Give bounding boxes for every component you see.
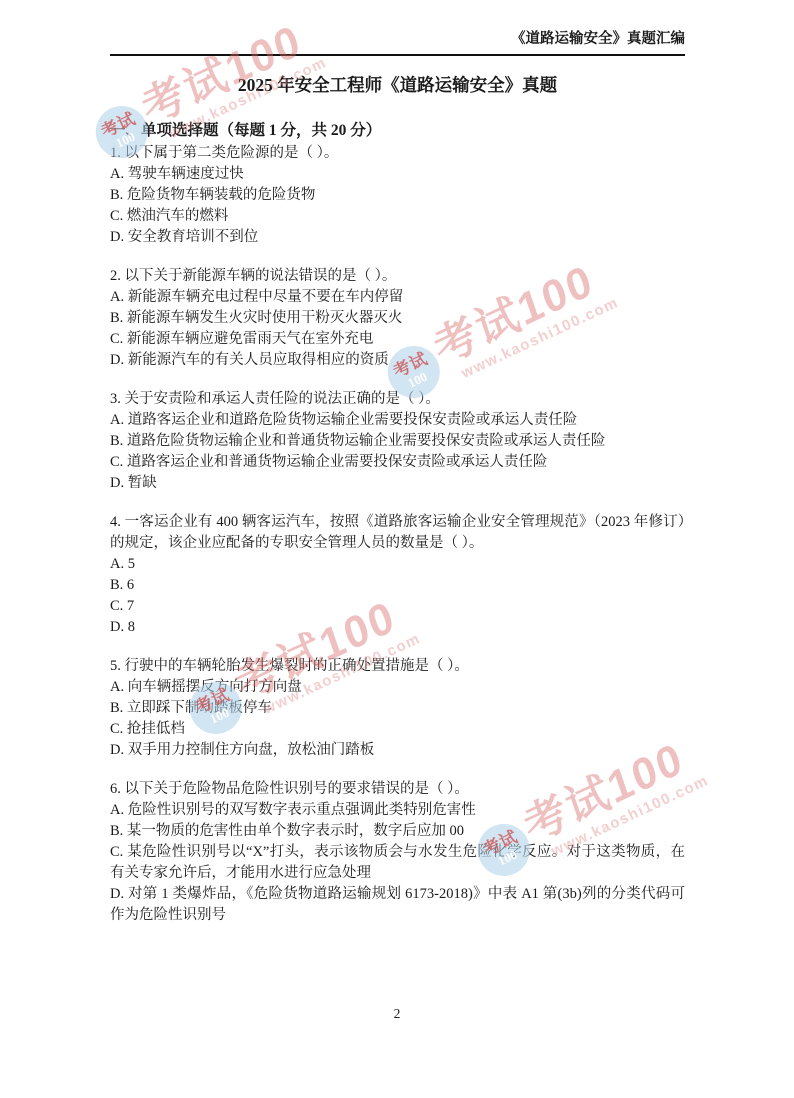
question-block-4: 4. 一客运企业有 400 辆客运汽车，按照《道路旅客运输企业安全管理规范》（2… bbox=[110, 512, 685, 638]
question-stem: 4. 一客运企业有 400 辆客运汽车，按照《道路旅客运输企业安全管理规范》（2… bbox=[110, 512, 685, 554]
question-block-3: 3. 关于安责险和承运人责任险的说法正确的是（ ）。 A. 道路客运企业和道路危… bbox=[110, 389, 685, 494]
option-b: B. 某一物质的危害性由单个数字表示时，数字后应加 00 bbox=[110, 821, 685, 842]
option-c: C. 道路客运企业和普通货物运输企业需要投保安责险或承运人责任险 bbox=[110, 452, 685, 473]
option-a: A. 新能源车辆充电过程中尽量不要在车内停留 bbox=[110, 287, 685, 308]
option-d: D. 新能源汽车的有关人员应取得相应的资质 bbox=[110, 350, 685, 371]
question-stem: 6. 以下关于危险物品危险性识别号的要求错误的是（ ）。 bbox=[110, 779, 685, 800]
question-block-2: 2. 以下关于新能源车辆的说法错误的是（ ）。 A. 新能源车辆充电过程中尽量不… bbox=[110, 266, 685, 371]
option-a: A. 危险性识别号的双写数字表示重点强调此类特别危害性 bbox=[110, 800, 685, 821]
option-c: C. 新能源车辆应避免雷雨天气在室外充电 bbox=[110, 329, 685, 350]
option-a: A. 道路客运企业和道路危险货物运输企业需要投保安责险或承运人责任险 bbox=[110, 410, 685, 431]
option-c: C. 某危险性识别号以“X”打头，表示该物质会与水发生危险化学反应。对于这类物质… bbox=[110, 842, 685, 884]
option-b: B. 新能源车辆发生火灾时使用干粉灭火器灭火 bbox=[110, 308, 685, 329]
question-stem: 2. 以下关于新能源车辆的说法错误的是（ ）。 bbox=[110, 266, 685, 287]
option-c: C. 7 bbox=[110, 596, 685, 617]
option-d: D. 对第 1 类爆炸品，《危险货物道路运输规划 6173-2018)》中表 A… bbox=[110, 884, 685, 926]
document-title: 2025 年安全工程师《道路运输安全》真题 bbox=[110, 74, 685, 96]
question-stem: 3. 关于安责险和承运人责任险的说法正确的是（ ）。 bbox=[110, 389, 685, 410]
option-c: C. 燃油汽车的燃料 bbox=[110, 206, 685, 227]
option-d: D. 8 bbox=[110, 617, 685, 638]
section-heading: 一、单项选择题（每题 1 分，共 20 分） bbox=[110, 120, 685, 141]
option-b: B. 6 bbox=[110, 575, 685, 596]
page-number: 2 bbox=[0, 1006, 794, 1022]
document-page: 考试 100 考试100 www.kaoshi100.com 考试 100 考试… bbox=[0, 0, 794, 1098]
header-title: 《道路运输安全》真题汇编 bbox=[110, 30, 685, 56]
option-b: B. 立即踩下制动踏板停车 bbox=[110, 698, 685, 719]
watermark-badge-number: 100 bbox=[406, 370, 429, 390]
option-c: C. 抢挂低档 bbox=[110, 719, 685, 740]
question-stem: 1. 以下属于第二类危险源的是（ ）。 bbox=[110, 143, 685, 164]
option-a: A. 5 bbox=[110, 554, 685, 575]
option-b: B. 道路危险货物运输企业和普通货物运输企业需要投保安责险或承运人责任险 bbox=[110, 431, 685, 452]
question-block-1: 1. 以下属于第二类危险源的是（ ）。 A. 驾驶车辆速度过快 B. 危险货物车… bbox=[110, 143, 685, 248]
option-b: B. 危险货物车辆装载的危险货物 bbox=[110, 185, 685, 206]
option-d: D. 安全教育培训不到位 bbox=[110, 227, 685, 248]
question-block-6: 6. 以下关于危险物品危险性识别号的要求错误的是（ ）。 A. 危险性识别号的双… bbox=[110, 779, 685, 926]
option-d: D. 双手用力控制住方向盘，放松油门踏板 bbox=[110, 740, 685, 761]
option-a: A. 向车辆摇摆反方向打方向盘 bbox=[110, 677, 685, 698]
option-d: D. 暂缺 bbox=[110, 473, 685, 494]
question-stem: 5. 行驶中的车辆轮胎发生爆裂时的正确处置措施是（ ）。 bbox=[110, 656, 685, 677]
question-block-5: 5. 行驶中的车辆轮胎发生爆裂时的正确处置措施是（ ）。 A. 向车辆摇摆反方向… bbox=[110, 656, 685, 761]
option-a: A. 驾驶车辆速度过快 bbox=[110, 164, 685, 185]
